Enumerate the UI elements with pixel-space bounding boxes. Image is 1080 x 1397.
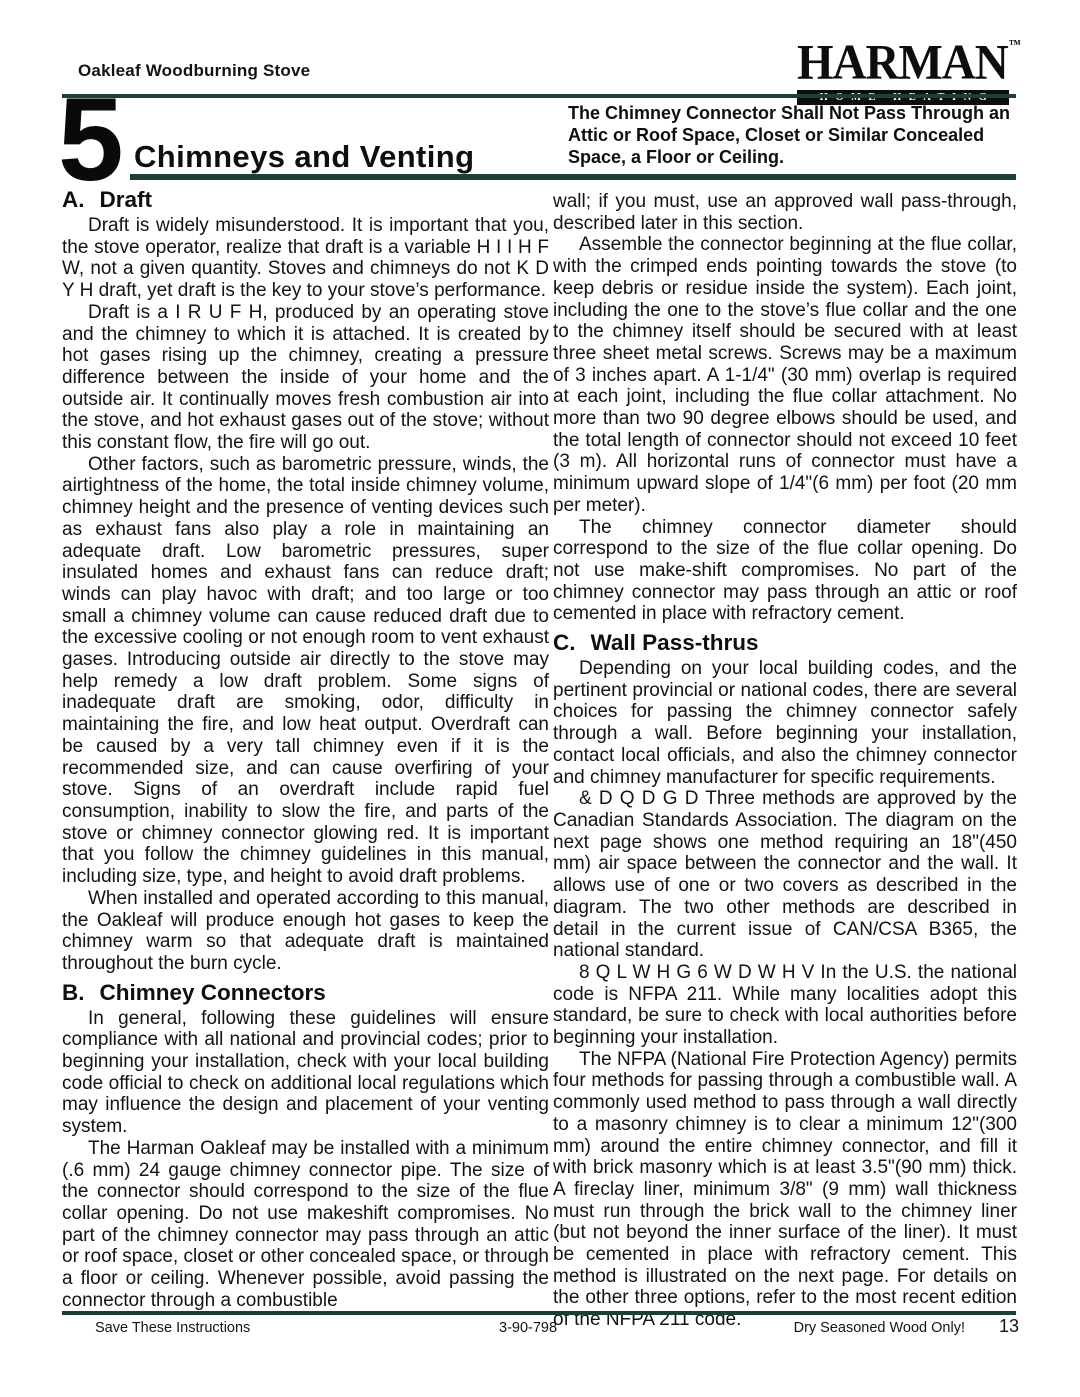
section-b-letter: B. [62,980,85,1005]
section-a-title: Draft [100,187,153,212]
section-b-title: Chimney Connectors [100,980,326,1005]
paragraph: 8 Q L W H G 6 W D W H V In the U.S. the … [553,962,1017,1049]
section-c-heading: C.Wall Pass-thrus [553,630,1017,656]
trademark-symbol: ™ [1009,37,1021,52]
safety-notice: The Chimney Connector Shall Not Pass Thr… [568,102,1020,168]
right-column: wall; if you must, use an approved wall … [553,191,1017,1331]
paragraph: Draft is widely misunderstood. It is imp… [62,215,549,302]
header-rule [62,94,1016,98]
paragraph: The Harman Oakleaf may be installed with… [62,1138,549,1312]
section-a-letter: A. [62,187,85,212]
page-number: 13 [999,1316,1019,1337]
paragraph: & D Q D G D Three methods are approved b… [553,788,1017,962]
section-b-heading: B.Chimney Connectors [62,980,549,1006]
harman-wordmark: HARMAN™ [797,18,1009,89]
paragraph: wall; if you must, use an approved wall … [553,191,1017,234]
paragraph: Other factors, such as barometric pressu… [62,454,549,888]
harman-logo: HARMAN™ HOME HEATING [797,22,1009,105]
section-c-letter: C. [553,630,576,655]
footer-wood-notice: Dry Seasoned Wood Only! [794,1320,965,1336]
paragraph: The NFPA (National Fire Protection Agenc… [553,1049,1017,1331]
paragraph: Draft is a I R U F H, produced by an ope… [62,302,549,454]
chapter-number: 5 [58,90,124,190]
paragraph: In general, following these guidelines w… [62,1008,549,1138]
footer-save-instructions: Save These Instructions [95,1320,250,1336]
harman-wordmark-text: HARMAN [797,35,1008,90]
manual-page: Oakleaf Woodburning Stove HARMAN™ HOME H… [0,0,1080,1397]
section-a-heading: A.Draft [62,187,549,213]
chapter-title-rule [130,174,1016,180]
paragraph: Depending on your local building codes, … [553,658,1017,788]
footer-part-number: 3-90-798 [499,1320,557,1336]
paragraph: When installed and operated according to… [62,888,549,975]
paragraph: The chimney connector diameter should co… [553,517,1017,626]
footer-rule [62,1311,1016,1315]
section-c-title: Wall Pass-thrus [591,630,759,655]
chapter-title: Chimneys and Venting [134,139,474,175]
paragraph: Assemble the connector beginning at the … [553,234,1017,516]
left-column: A.Draft Draft is widely misunderstood. I… [62,187,549,1311]
